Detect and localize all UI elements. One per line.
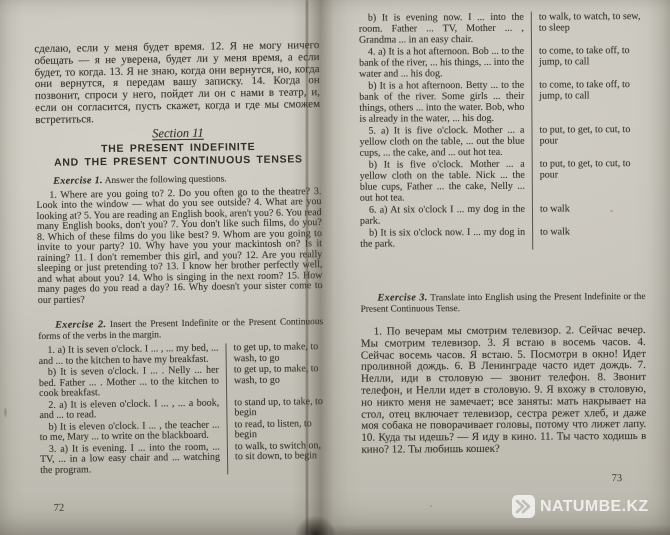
exercise1-instruction: Answer the following questions. bbox=[105, 174, 227, 186]
watermark: NATUMBE.KZ bbox=[512, 495, 649, 518]
page-right: b) It is evening now. I ... into the roo… bbox=[345, 0, 670, 535]
margin-verbs: to read, to listen, to begin bbox=[227, 419, 325, 442]
page-fold-line bbox=[306, 0, 308, 535]
exercise2-label: Exercise 2. bbox=[55, 319, 106, 331]
exercise3-label: Exercise 3. bbox=[377, 292, 427, 303]
exercise3-body: 1. По вечерам мы смотрим телевизор. 2. С… bbox=[361, 325, 647, 457]
paper-speck bbox=[4, 408, 7, 417]
margin-verbs: to walk, to switch on, to sit down, to b… bbox=[227, 441, 325, 475]
exercise-item: 6. a) At six o'clock I ... my dog in the… bbox=[360, 204, 532, 228]
exercise-item: b) It is evening now. I ... into the roo… bbox=[359, 12, 531, 47]
margin-verbs: to get up, to make, to wash, to go bbox=[225, 342, 323, 365]
paper-speck bbox=[120, 65, 122, 67]
natumbe-logo-icon bbox=[512, 495, 535, 518]
margin-verbs: to walk bbox=[532, 226, 645, 250]
exercise-item: b) It is six o'clock now. I ... my dog i… bbox=[360, 227, 532, 251]
page-number-left: 72 bbox=[54, 503, 65, 514]
chapter-heading: THE PRESENT INDEFINITE AND THE PRESENT C… bbox=[36, 140, 321, 170]
exercise-item: b) It is a hot afternoon. Betty ... to t… bbox=[359, 80, 531, 126]
page-number-right: 73 bbox=[612, 473, 623, 484]
exercise-item: b) It is seven o'clock. I ... . Nelly ..… bbox=[39, 365, 226, 400]
exercise2-header: Exercise 2. Insert the Present Indefinit… bbox=[38, 317, 323, 342]
exercise1-label: Exercise 1. bbox=[53, 175, 103, 187]
margin-verbs: to put, to get, to cut, to pour bbox=[531, 124, 644, 159]
exercise3-header: Exercise 3. Translate into English using… bbox=[360, 292, 645, 315]
exercise2-table-right: b) It is evening now. I ... into the roo… bbox=[359, 11, 645, 251]
exercise2-table-left: 1. a) It is seven o'clock. I ... , ... m… bbox=[38, 342, 325, 477]
paper-speck bbox=[610, 210, 613, 212]
margin-verbs: to put, to get, to cut, to pour bbox=[532, 158, 645, 204]
margin-verbs: to come, to take off, to jump, to call bbox=[531, 79, 644, 125]
margin-verbs: to get up, to make, to wash, to go bbox=[226, 364, 324, 398]
exercise-item: 4. a) It is a hot afternoon. Bob ... to … bbox=[359, 46, 531, 81]
margin-verbs: to walk, to watch, to sew, to sleep bbox=[531, 11, 644, 46]
exercise1-header: Exercise 1. Answer the following questio… bbox=[36, 173, 321, 188]
margin-verbs: to stand up, to take, to begin bbox=[226, 397, 324, 420]
book-photo: сделаю, если у меня будет время. 12. Я н… bbox=[0, 0, 670, 535]
exercise-item: 3. a) It is evening. I ... into the room… bbox=[40, 442, 227, 477]
exercise-item: b) It is five o'clock. Mother ... a yell… bbox=[360, 159, 532, 205]
exercise-item: 5. a) It is five o'clock. Mother ... a y… bbox=[359, 125, 531, 160]
page-left: сделаю, если у меня будет время. 12. Я н… bbox=[0, 0, 335, 535]
margin-verbs: to walk bbox=[532, 203, 645, 227]
russian-tail-paragraph: сделаю, если у меня будет время. 12. Я н… bbox=[34, 40, 320, 127]
paper-speck bbox=[430, 505, 432, 507]
margin-verbs: to come, to take off, to jump, to call bbox=[531, 45, 644, 80]
heading-line-2: AND THE PRESENT CONTINUOUS TENSES bbox=[36, 153, 321, 170]
exercise1-body: 1. Where are you going to? 2. Do you oft… bbox=[36, 187, 323, 306]
watermark-text: NATUMBE.KZ bbox=[540, 498, 649, 516]
